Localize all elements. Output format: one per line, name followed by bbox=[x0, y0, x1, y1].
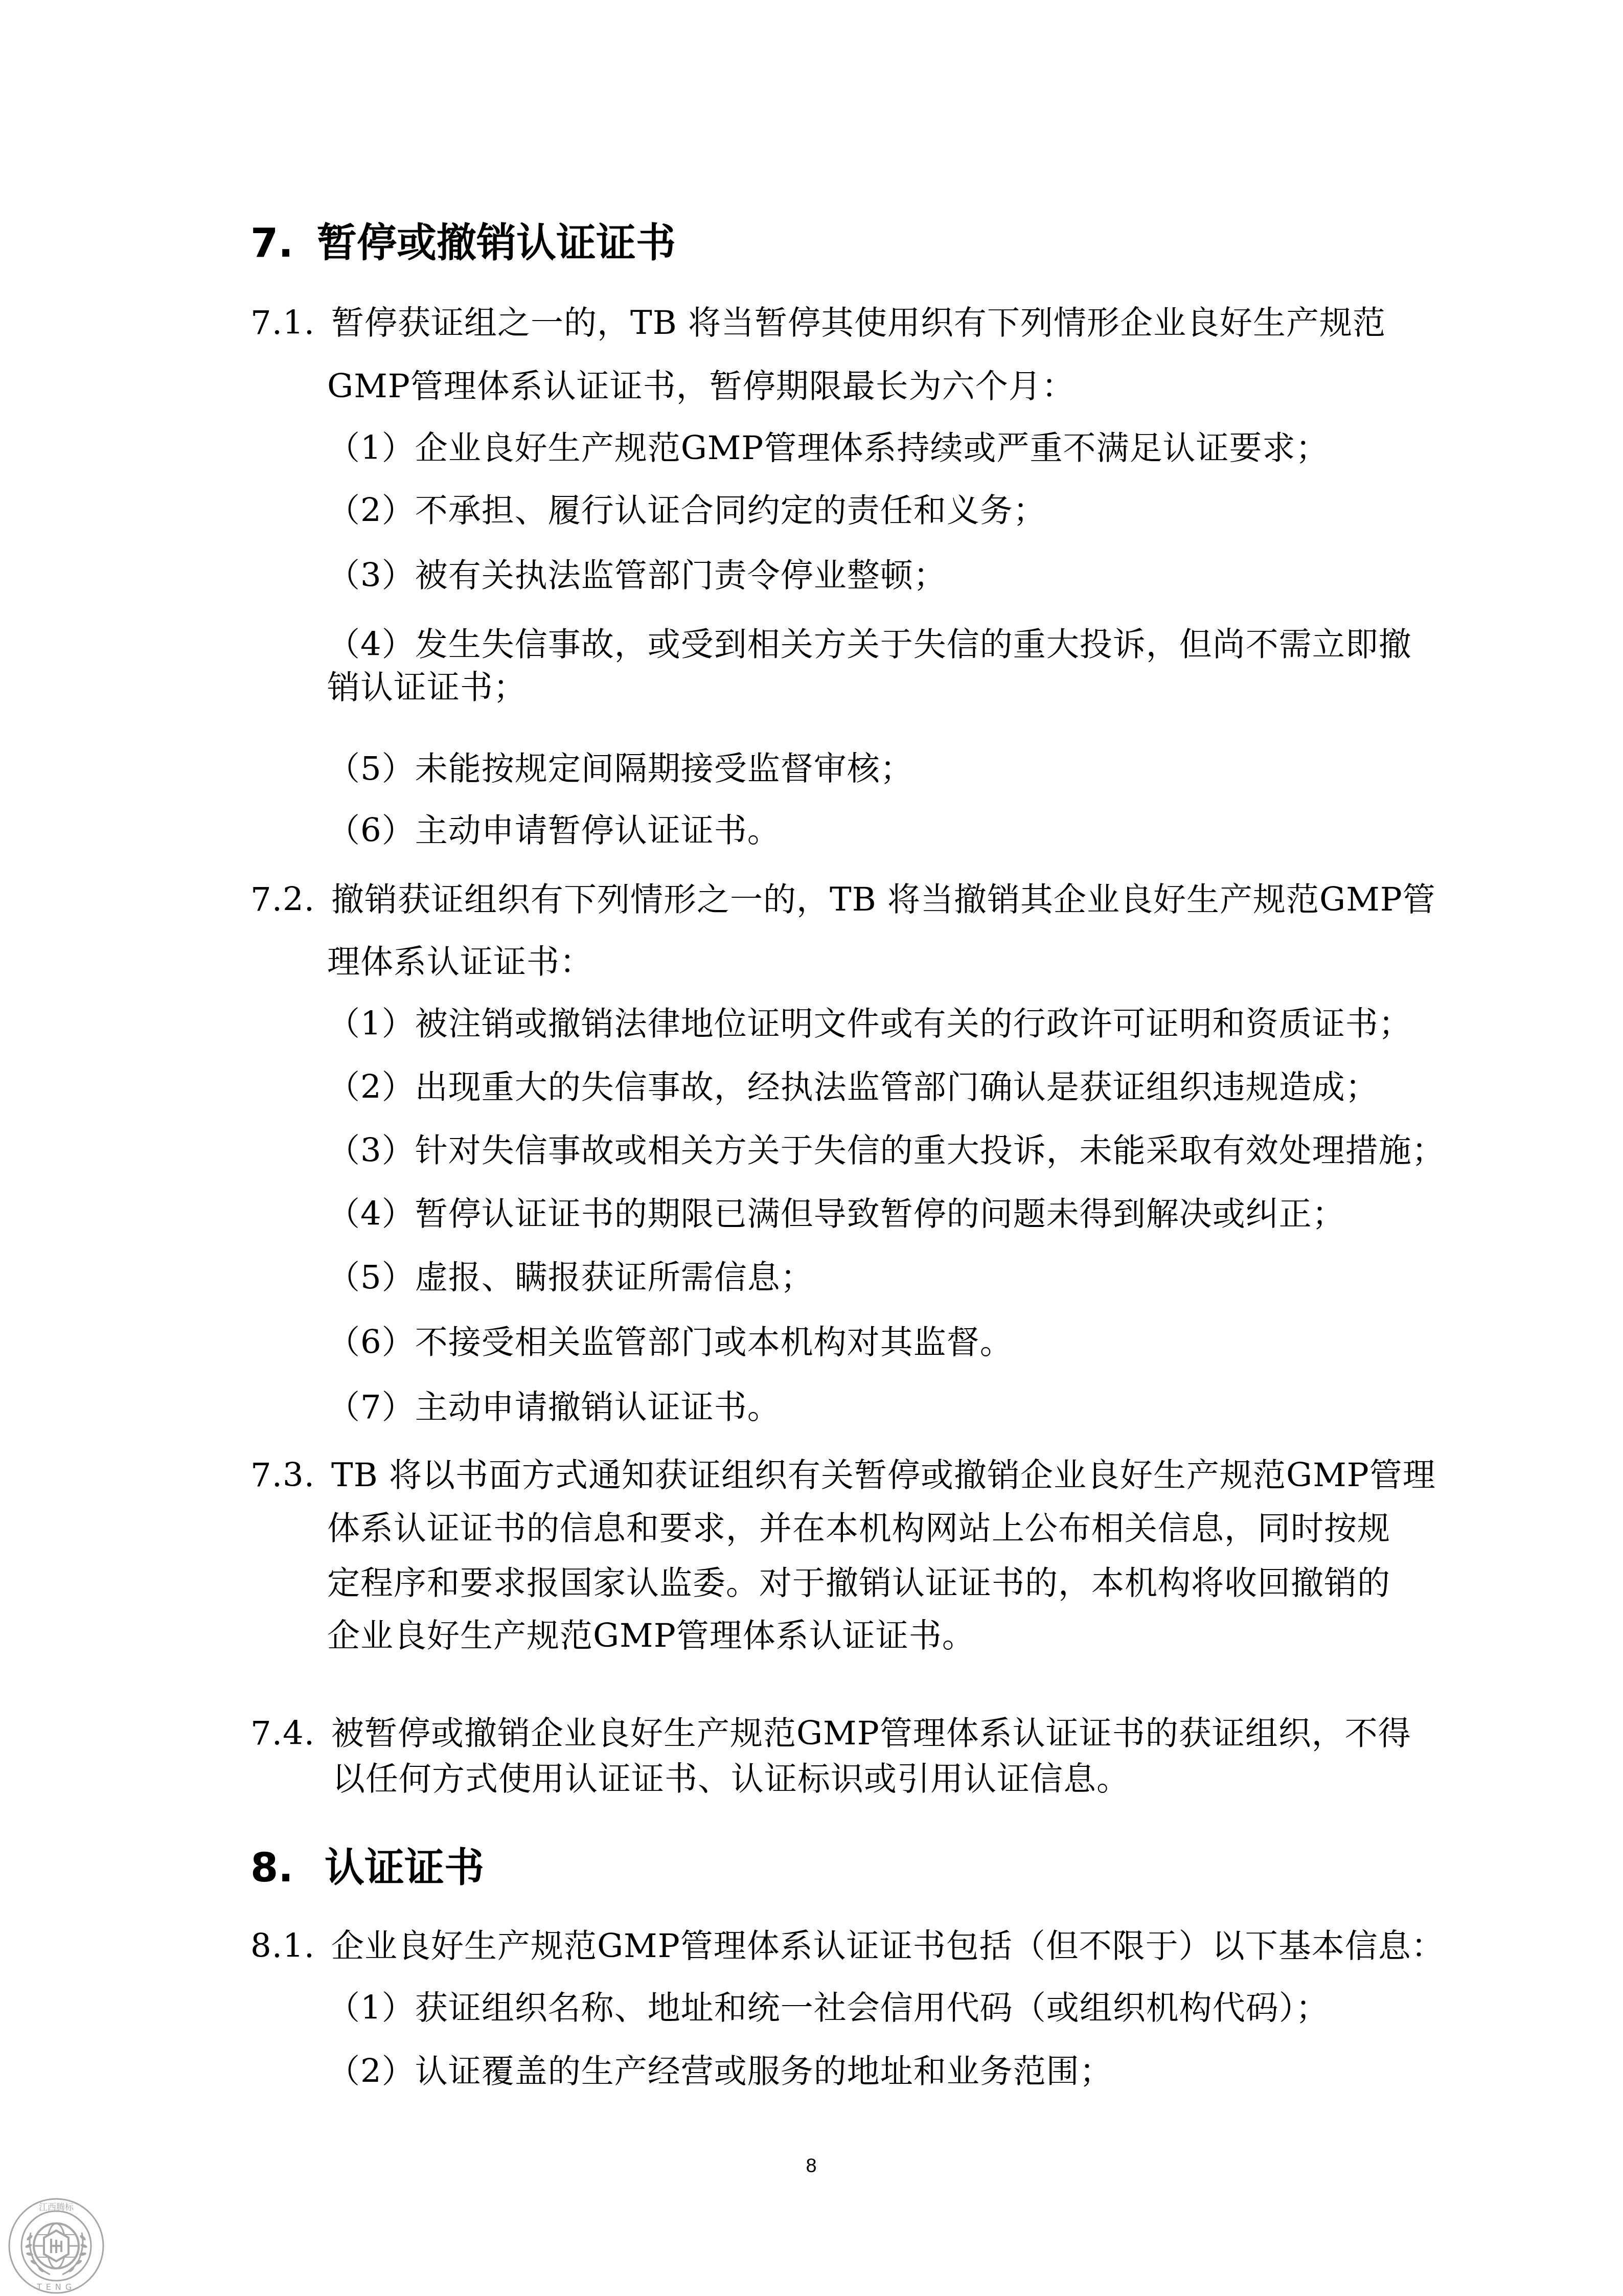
list-item: （6）不接受相关监管部门或本机构对其监督。 bbox=[327, 1322, 1013, 1363]
list-item-continued: 销认证证书； bbox=[327, 667, 527, 708]
list-item: （1）企业良好生产规范GMP管理体系持续或严重不满足认证要求； bbox=[327, 428, 1329, 469]
clause-number: 7.2. bbox=[250, 879, 331, 920]
clause-text: 被暂停或撤销企业良好生产规范GMP管理体系认证证书的获证组织，不得 bbox=[331, 1715, 1411, 1753]
list-item: （1）被注销或撤销法律地位证明文件或有关的行政许可证明和资质证书； bbox=[327, 1004, 1412, 1044]
list-item: （6）主动申请暂停认证证书。 bbox=[327, 810, 781, 851]
clause-text: 撤销获证组织有下列情形之一的，TB 将当撤销其企业良好生产规范GMP管 bbox=[331, 881, 1436, 919]
seal-emblem-icon: 江西腾标 TENG bbox=[7, 2197, 105, 2295]
clause-number: 7.4. bbox=[250, 1713, 331, 1754]
clause-number: 8.1. bbox=[250, 1926, 331, 1967]
section-number: 8. bbox=[250, 1844, 325, 1893]
seal-top-text: 江西腾标 bbox=[39, 2202, 74, 2213]
list-item: （4）发生失信事故，或受到相关方关于失信的重大投诉，但尚不需立即撤 bbox=[327, 624, 1412, 665]
clause-text: 企业良好生产规范GMP管理体系认证证书包括（但不限于）以下基本信息： bbox=[331, 1927, 1445, 1965]
list-item: （3）被有关执法监管部门责令停业整顿； bbox=[327, 555, 947, 596]
clause-7-4: 7.4.被暂停或撤销企业良好生产规范GMP管理体系认证证书的获证组织，不得 bbox=[250, 1713, 1411, 1754]
section-title: 认证证书 bbox=[325, 1845, 484, 1891]
list-item: （2）认证覆盖的生产经营或服务的地址和业务范围； bbox=[327, 2051, 1113, 2092]
list-item: （4）暂停认证证书的期限已满但导致暂停的问题未得到解决或纠正； bbox=[327, 1194, 1345, 1235]
company-seal-logo: 江西腾标 TENG bbox=[7, 2197, 105, 2295]
clause-7-2: 7.2.撤销获证组织有下列情形之一的，TB 将当撤销其企业良好生产规范GMP管 bbox=[250, 879, 1436, 920]
clause-7-3: 7.3.TB 将以书面方式通知获证组织有关暂停或撤销企业良好生产规范GMP管理 bbox=[250, 1455, 1436, 1496]
clause-7-1-continued: GMP管理体系认证证书，暂停期限最长为六个月： bbox=[327, 366, 1075, 407]
clause-7-4-continued: 以任何方式使用认证证书、认证标识或引用认证信息。 bbox=[332, 1759, 1130, 1800]
list-item: （3）针对失信事故或相关方关于失信的重大投诉，未能采取有效处理措施； bbox=[327, 1130, 1445, 1171]
section-7-heading: 7.暂停或撤销认证证书 bbox=[250, 219, 676, 268]
clause-text: 暂停获证组之一的，TB 将当暂停其使用织有下列情形企业良好生产规范 bbox=[331, 304, 1386, 342]
section-title: 暂停或撤销认证证书 bbox=[317, 220, 676, 266]
section-8-heading: 8.认证证书 bbox=[250, 1844, 484, 1893]
list-item: （5）虚报、瞒报获证所需信息； bbox=[327, 1257, 814, 1298]
clause-number: 7.3. bbox=[250, 1455, 331, 1496]
clause-7-3-continued: 企业良好生产规范GMP管理体系认证证书。 bbox=[327, 1616, 975, 1656]
clause-7-1: 7.1.暂停获证组之一的，TB 将当暂停其使用织有下列情形企业良好生产规范 bbox=[250, 303, 1386, 344]
clause-7-3-continued: 体系认证证书的信息和要求，并在本机构网站上公布相关信息，同时按规 bbox=[327, 1508, 1390, 1549]
seal-bottom-text: TENG bbox=[36, 2282, 76, 2292]
clause-number: 7.1. bbox=[250, 303, 331, 344]
clause-7-3-continued: 定程序和要求报国家认监委。对于撤销认证证书的，本机构将收回撤销的 bbox=[327, 1563, 1390, 1604]
list-item: （2）不承担、履行认证合同约定的责任和义务； bbox=[327, 490, 1046, 531]
clause-7-2-continued: 理体系认证证书： bbox=[327, 942, 593, 983]
clause-text: TB 将以书面方式通知获证组织有关暂停或撤销企业良好生产规范GMP管理 bbox=[331, 1457, 1436, 1494]
list-item: （7）主动申请撤销认证证书。 bbox=[327, 1387, 781, 1428]
list-item: （1）获证组织名称、地址和统一社会信用代码（或组织机构代码）； bbox=[327, 1988, 1329, 2029]
clause-8-1: 8.1.企业良好生产规范GMP管理体系认证证书包括（但不限于）以下基本信息： bbox=[250, 1926, 1445, 1967]
list-item: （5）未能按规定间隔期接受监督审核； bbox=[327, 748, 913, 789]
page-number: 8 bbox=[806, 2155, 816, 2177]
section-number: 7. bbox=[250, 219, 317, 268]
list-item: （2）出现重大的失信事故，经执法监管部门确认是获证组织违规造成； bbox=[327, 1067, 1379, 1108]
